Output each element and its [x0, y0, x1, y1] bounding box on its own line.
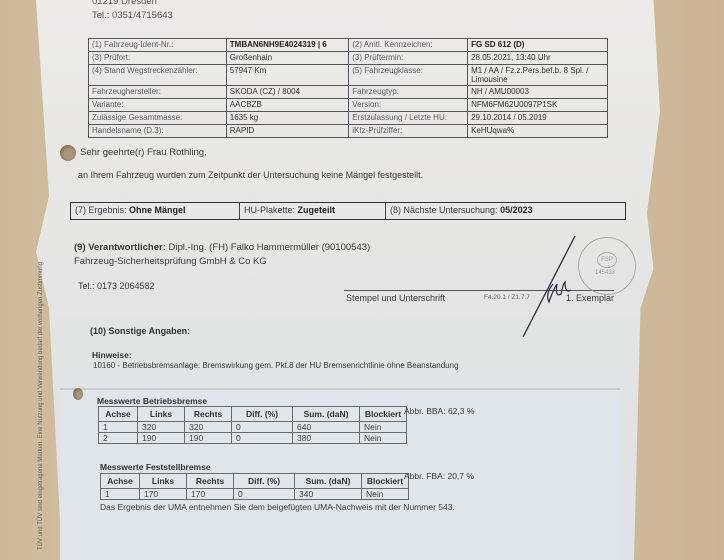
other-heading: (10) Sonstige Angaben:: [90, 326, 190, 336]
table-cell: Nein: [360, 422, 407, 433]
table-cell: 320: [185, 422, 232, 433]
info-value: 28.05.2021, 13:40 Uhr: [468, 52, 608, 65]
table-cell: 170: [187, 489, 234, 500]
punch-hole-icon: [73, 388, 83, 400]
info-label: (2) Amtl. Kennzeichen:: [349, 39, 468, 52]
salutation: Sehr geehrte(r) Frau Rothling,: [80, 147, 207, 158]
info-label: Variante:: [89, 99, 227, 112]
info-row: Zulässige Gesamtmasse:1635 kgErstzulassu…: [89, 112, 608, 125]
address-phone: Tel.: 0351/4715643: [92, 10, 173, 21]
responsible-phone: Tel.: 0173 2064582: [78, 281, 155, 291]
responsible-line: (9) Verantwortlicher: Dipl.-Ing. (FH) Fa…: [74, 242, 370, 253]
column-header: Blockiert: [362, 474, 409, 489]
info-row: Fahrzeughersteller:SKODA (CZ) / 8004Fahr…: [89, 86, 608, 99]
info-label: (5) Fahrzeugklasse:: [349, 65, 468, 86]
column-header: Rechts: [185, 407, 232, 422]
result-plakette: HU-Plakette: Zugeteilt: [240, 203, 386, 219]
uma-note: Das Ergebnis der UMA entnehmen Sie dem b…: [100, 502, 455, 512]
table-cell: 190: [138, 433, 185, 444]
table-cell: Nein: [360, 433, 407, 444]
info-label: iKfz-Prüfziffer:: [349, 125, 468, 138]
column-header: Diff. (%): [234, 474, 295, 489]
service-brake-title: Messwerte Betriebsbremse: [97, 396, 207, 406]
info-row: (4) Stand Wegstreckenzähler:57947 Km(5) …: [89, 65, 608, 86]
table-row: 21901900380Nein: [99, 433, 407, 444]
info-value: M1 / AA / Fz.z.Pers.bef.b. 8 Spl. / Limo…: [468, 65, 608, 86]
result-ergebnis: (7) Ergebnis: Ohne Mängel: [71, 203, 240, 219]
paper-fold: [60, 388, 620, 390]
column-header: Diff. (%): [232, 407, 293, 422]
table-cell: 380: [293, 433, 360, 444]
info-label: (3) Prüftermin:: [349, 52, 468, 65]
hints-label: Hinweise:: [92, 350, 132, 360]
info-value: Großenhain: [226, 52, 348, 65]
info-row: (1) Fahrzeug-Ident-Nr.:TMBAN6NH9E4024319…: [89, 39, 608, 52]
table-cell: 170: [140, 489, 187, 500]
info-label: Erstzulassung / Letzte HU:: [349, 112, 468, 125]
info-value: 29.10.2014 / 05.2019: [468, 112, 608, 125]
table-cell: 2: [99, 433, 138, 444]
info-label: Fahrzeughersteller:: [89, 86, 227, 99]
info-label: Handelsname (D.3):: [89, 125, 227, 138]
info-label: Zulässige Gesamtmasse:: [89, 112, 227, 125]
table-row: 13203200640Nein: [99, 422, 407, 433]
info-value: NFM6FM62U0097P1SK: [468, 99, 608, 112]
next-inspection-value: 05/2023: [500, 205, 533, 215]
plakette-value: Zugeteilt: [298, 205, 336, 215]
table-cell: 1: [99, 422, 138, 433]
table-row: 11701700340Nein: [101, 489, 409, 500]
column-header: Sum. (daN): [293, 407, 360, 422]
info-value: 1635 kg: [226, 112, 348, 125]
info-value: 57947 Km: [226, 65, 348, 86]
info-value: NH / AMU00003: [468, 86, 608, 99]
column-header: Sum. (daN): [295, 474, 362, 489]
info-value: SKODA (CZ) / 8004: [226, 86, 348, 99]
column-header: Links: [138, 407, 185, 422]
info-label: (1) Fahrzeug-Ident-Nr.:: [89, 39, 227, 52]
result-next-inspection: (8) Nächste Untersuchung: 05/2023: [386, 203, 625, 219]
column-header: Blockiert: [360, 407, 407, 422]
trademark-side-note: TÜV und TÜV sind eingetragene Marken. Ei…: [38, 262, 44, 550]
hint-text: 10160 - Betriebsbremsanlage: Bremswirkun…: [93, 361, 459, 370]
info-label: (4) Stand Wegstreckenzähler:: [89, 65, 227, 86]
info-value: FG SD 612 (D): [468, 39, 608, 52]
signature-caption: Stempel und Unterschrift: [346, 293, 445, 303]
table-cell: 1: [101, 489, 140, 500]
info-row: Handelsname (D.3):RAPIDiKfz-Prüfziffer:K…: [89, 125, 608, 138]
parking-brake-title: Messwerte Feststellbremse: [100, 462, 211, 472]
table-cell: 320: [138, 422, 185, 433]
result-value: Ohne Mängel: [129, 205, 186, 215]
address-city: 01219 Dresden: [92, 0, 157, 7]
info-label: (3) Prüfort:: [89, 52, 227, 65]
signature-icon: [515, 232, 585, 342]
info-row: (3) Prüfort:Großenhain(3) Prüftermin:28.…: [89, 52, 608, 65]
table-cell: Nein: [362, 489, 409, 500]
parking-brake-table: AchseLinksRechtsDiff. (%)Sum. (daN)Block…: [100, 473, 409, 500]
service-brake-abbr: Abbr. BBA: 62,3 %: [404, 406, 474, 416]
service-brake-table: AchseLinksRechtsDiff. (%)Sum. (daN)Block…: [98, 406, 407, 444]
parking-brake-abbr: Abbr. FBA: 20,7 %: [404, 471, 474, 481]
info-value: TMBAN6NH9E4024319 | 6: [226, 39, 348, 52]
letter-body: an Ihrem Fahrzeug wurden zum Zeitpunkt d…: [78, 170, 423, 180]
table-cell: 190: [185, 433, 232, 444]
info-label: Version:: [349, 99, 468, 112]
info-row: Variante:AACBZBVersion:NFM6FM62U0097P1SK: [89, 99, 608, 112]
stamp-icon: FSP 145433: [578, 237, 636, 295]
column-header: Achse: [101, 474, 140, 489]
table-cell: 0: [232, 433, 293, 444]
stamp-number: 145433: [595, 270, 615, 276]
info-value: AACBZB: [226, 99, 348, 112]
result-box: (7) Ergebnis: Ohne Mängel HU-Plakette: Z…: [70, 202, 626, 220]
punch-hole-icon: [60, 145, 76, 161]
table-cell: 340: [295, 489, 362, 500]
info-label: Fahrzeugtyp:: [349, 86, 468, 99]
info-value: RAPID: [226, 125, 348, 138]
column-header: Rechts: [187, 474, 234, 489]
table-cell: 0: [232, 422, 293, 433]
info-value: KeHUqwa%: [468, 125, 608, 138]
stamp-logo: FSP: [597, 252, 617, 268]
vehicle-info-table: (1) Fahrzeug-Ident-Nr.:TMBAN6NH9E4024319…: [88, 38, 608, 138]
table-cell: 0: [234, 489, 295, 500]
column-header: Achse: [99, 407, 138, 422]
column-header: Links: [140, 474, 187, 489]
company-name: Fahrzeug-Sicherheitsprüfung GmbH & Co KG: [74, 256, 267, 267]
table-cell: 640: [293, 422, 360, 433]
